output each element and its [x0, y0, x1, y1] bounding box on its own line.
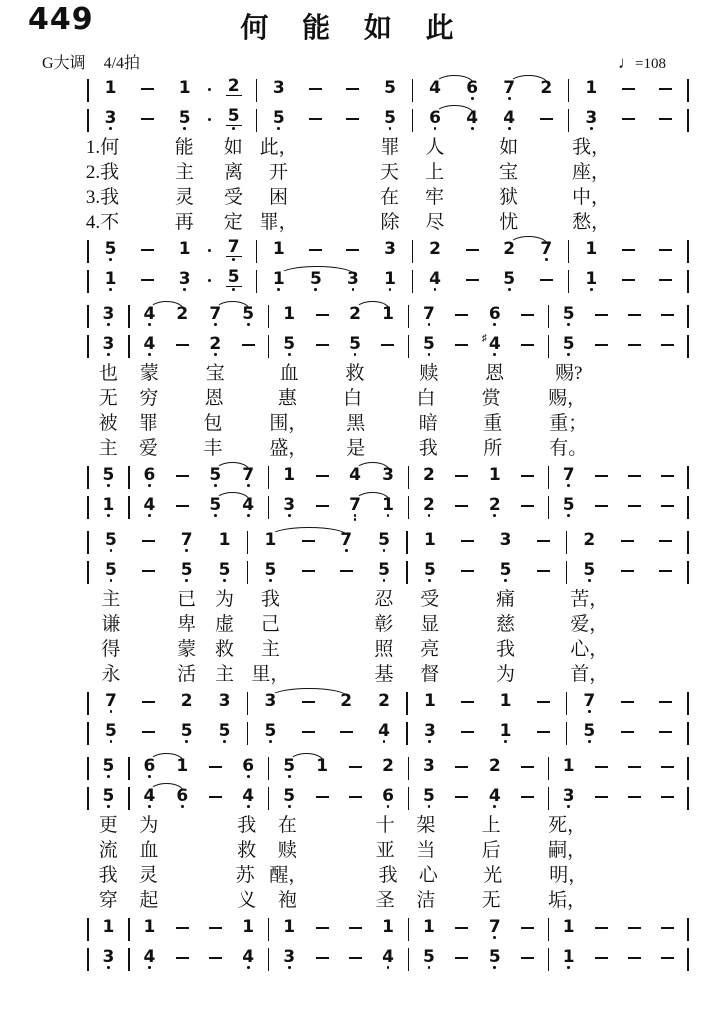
lyric-syllable: 牢	[425, 185, 444, 210]
octave-dot	[214, 353, 217, 356]
dash	[346, 118, 359, 120]
octave-dots	[148, 514, 151, 521]
octave-dot	[214, 323, 217, 326]
note-number: 5	[583, 723, 595, 739]
dash	[209, 927, 222, 929]
notation-row: 1351531451	[84, 266, 692, 295]
note-number: 5	[226, 108, 242, 126]
lyric-syllable: 主	[99, 436, 118, 461]
note-number: 1	[424, 693, 436, 709]
lyric-syllable: 基	[374, 662, 393, 687]
dash	[628, 505, 641, 507]
octave-dots	[493, 323, 496, 330]
barline	[687, 335, 688, 358]
dash	[316, 927, 329, 929]
dash	[595, 475, 608, 477]
lyric-syllable: 座，	[572, 160, 610, 185]
octave-dots	[110, 579, 113, 586]
barline	[128, 787, 129, 810]
lyric-syllable: 亚	[376, 838, 395, 863]
note-cell: 2	[489, 758, 501, 783]
barline	[128, 466, 129, 489]
octave-dot	[567, 353, 570, 356]
dash	[455, 344, 468, 346]
dash	[659, 731, 672, 733]
dash	[659, 279, 672, 281]
octave-dots	[493, 966, 496, 973]
note-cell: 6	[143, 467, 155, 492]
lyric-syllable: 无	[99, 386, 118, 411]
octave-dots	[288, 805, 291, 812]
lyric-syllable: 救	[215, 637, 234, 662]
barline	[406, 531, 407, 554]
octave-dots	[107, 775, 110, 782]
octave-dot	[247, 775, 250, 778]
lyric-syllable: 主	[175, 160, 194, 185]
note-cell: 5	[563, 336, 575, 361]
lyric-syllable: 被	[99, 411, 118, 436]
barline	[87, 270, 88, 293]
note-number: 6	[489, 306, 501, 322]
note-number: 6	[242, 758, 254, 774]
lyric-syllable: 重；	[549, 411, 587, 436]
octave-dot	[232, 127, 235, 130]
lyric-syllable: 爱	[139, 436, 158, 461]
note-number: 2	[429, 241, 441, 257]
lyric-syllable: 恩	[485, 361, 504, 386]
lyric-syllable: 彰	[374, 612, 393, 637]
note-number: 4	[143, 949, 155, 965]
note-cell: 5	[103, 758, 115, 783]
barline	[87, 948, 88, 971]
note-number: 5	[226, 269, 242, 287]
octave-dot	[148, 484, 151, 487]
note-cell: 5	[500, 562, 512, 587]
octave-dot	[110, 710, 113, 713]
barline	[128, 757, 129, 780]
dash	[316, 475, 329, 477]
notation-row: 546456543	[84, 783, 692, 812]
lyric-syllable: 罪	[139, 411, 158, 436]
barline	[548, 496, 549, 519]
barline	[687, 305, 688, 328]
note-number: 2	[583, 532, 595, 548]
note-cell: 5	[384, 80, 396, 105]
lyric-row: 被罪包围，黑暗重重；	[84, 411, 692, 436]
lyric-syllable: 2.我	[86, 160, 119, 185]
lyric-syllable: 我	[99, 863, 118, 888]
lyric-syllable: 起	[139, 888, 158, 913]
lyric-row: 谦卑虚己彰显慈爱，	[84, 612, 692, 637]
octave-dot	[269, 740, 272, 743]
octave-dot	[277, 127, 280, 130]
lyric-syllable: 暗	[419, 411, 438, 436]
note-cell: 3	[423, 758, 435, 783]
note-number: 1	[563, 949, 575, 965]
octave-dots	[288, 966, 291, 973]
octave-dot	[232, 258, 235, 261]
dash	[659, 88, 672, 90]
slur-arc	[355, 492, 390, 501]
octave-dots	[383, 549, 386, 556]
octave-dots	[148, 775, 151, 782]
lyric-syllable: 虚	[215, 612, 234, 637]
barline	[687, 240, 688, 263]
dash	[621, 570, 634, 572]
octave-dot	[567, 805, 570, 808]
lyric-syllable: 穿	[99, 888, 118, 913]
note-cell: 2	[181, 693, 193, 718]
dash	[346, 249, 359, 251]
note-number: 1	[384, 271, 396, 287]
note-cell: 1	[424, 532, 436, 557]
octave-dot	[148, 805, 151, 808]
lyric-syllable: 督	[420, 662, 439, 687]
note-number: 7	[563, 467, 575, 483]
octave-dot	[288, 966, 291, 969]
octave-dot	[354, 514, 357, 517]
octave-dots	[223, 740, 226, 747]
note-number: 5	[424, 562, 436, 578]
octave-dot	[288, 353, 291, 356]
note-number: 5	[349, 336, 361, 352]
dash	[595, 314, 608, 316]
octave-dots	[288, 514, 291, 521]
octave-dot	[107, 484, 110, 487]
dash	[659, 570, 672, 572]
octave-dots	[590, 127, 593, 134]
notation-row: 5657143217	[84, 462, 692, 491]
lyric-syllable: 十	[376, 813, 395, 838]
octave-dot	[428, 579, 431, 582]
lyric-syllable: 罪	[380, 135, 399, 160]
lyric-syllable: 在	[278, 813, 297, 838]
note-number: 5	[283, 336, 295, 352]
lyric-syllable: 赎	[278, 838, 297, 863]
note-cell: 5	[219, 562, 231, 587]
lyric-syllable: 我	[237, 813, 256, 838]
octave-dots	[288, 775, 291, 782]
barline	[87, 692, 88, 715]
octave-dots	[148, 484, 151, 491]
note-cell: 1	[219, 532, 231, 557]
dash	[349, 766, 362, 768]
barline	[256, 79, 257, 102]
note-number: 4	[378, 723, 390, 739]
octave-dots	[110, 710, 113, 717]
octave-dots	[588, 740, 591, 747]
note-cell: 2	[423, 497, 435, 522]
lyric-syllable: 为	[215, 587, 234, 612]
octave-dots	[383, 740, 386, 747]
octave-dot	[545, 258, 548, 261]
note-number: 1	[143, 919, 155, 935]
lyric-syllable: 当	[416, 838, 435, 863]
note-cell: 5	[384, 110, 396, 135]
note-cell: 7	[181, 532, 193, 557]
barline	[268, 787, 269, 810]
barline	[268, 305, 269, 328]
slur-arc	[215, 492, 250, 501]
note-number: 1	[179, 241, 191, 257]
octave-dots	[107, 514, 110, 521]
barline	[87, 561, 88, 584]
note-number: 2	[209, 336, 221, 352]
octave-dot	[269, 579, 272, 582]
note-cell: 7	[423, 306, 435, 331]
octave-dot	[345, 549, 348, 552]
octave-dots	[471, 97, 474, 104]
lyric-syllable: 包	[203, 411, 222, 436]
note-cell: 7	[563, 467, 575, 492]
lyric-syllable: 是	[346, 436, 365, 461]
dash	[209, 796, 222, 798]
dash	[628, 344, 641, 346]
dash	[628, 475, 641, 477]
dash	[461, 731, 474, 733]
dash	[628, 766, 641, 768]
sharp-icon: ♯	[482, 333, 487, 344]
score: 11235467213555564431.何能如此，罪人如我，2.我主离开天上宝…	[84, 75, 692, 973]
note-cell: 1	[423, 919, 435, 944]
barline	[408, 496, 409, 519]
barline	[408, 757, 409, 780]
barline	[687, 496, 688, 519]
lyric-syllable: 更	[99, 813, 118, 838]
note-cell: 2	[209, 336, 221, 361]
lyric-syllable: 为	[139, 813, 158, 838]
note-number: 4	[382, 949, 394, 965]
note-cell: 3	[273, 80, 285, 105]
octave-dot	[428, 353, 431, 356]
lyric-syllable: 黑	[346, 411, 365, 436]
octave-dot	[277, 288, 280, 291]
note-number: 1	[219, 532, 231, 548]
note-number: 5	[105, 241, 117, 257]
barline	[687, 270, 688, 293]
barline	[412, 270, 413, 293]
octave-dot	[383, 579, 386, 582]
lyric-syllable: 忍	[374, 587, 393, 612]
octave-dot	[389, 127, 392, 130]
note-number: 4	[429, 271, 441, 287]
octave-dot	[288, 775, 291, 778]
lyric-syllable: 愁，	[572, 210, 610, 235]
note-number: 1	[500, 723, 512, 739]
octave-dots	[493, 353, 496, 360]
notation-row: 355556443	[84, 105, 692, 134]
lyric-syllable: 所	[483, 436, 502, 461]
barline	[268, 948, 269, 971]
dash	[661, 314, 674, 316]
dash	[316, 344, 329, 346]
octave-dots	[110, 549, 113, 556]
dash	[540, 118, 553, 120]
lyric-syllable: 明，	[549, 863, 587, 888]
dash	[461, 701, 474, 703]
lyric-syllable: 1.何	[86, 135, 119, 160]
barline	[87, 240, 88, 263]
dash	[537, 731, 550, 733]
note-cell: 3	[105, 110, 117, 135]
aug-dot	[208, 88, 211, 91]
dash	[628, 796, 641, 798]
dash	[622, 249, 635, 251]
octave-dot	[223, 740, 226, 743]
note-number: 5	[378, 532, 390, 548]
note-number: 1	[283, 919, 295, 935]
octave-dot	[107, 353, 110, 356]
octave-dots	[352, 288, 355, 295]
note-number: 5	[563, 336, 575, 352]
note-number: 5	[179, 110, 191, 126]
barline	[128, 335, 129, 358]
dash	[142, 701, 155, 703]
dash	[176, 475, 189, 477]
octave-dots	[588, 710, 591, 717]
octave-dots	[247, 323, 250, 330]
octave-dot	[109, 288, 112, 291]
note-cell: 1	[105, 271, 117, 296]
note-cell: 1	[283, 467, 295, 492]
dash	[521, 766, 534, 768]
note-number: 1	[424, 532, 436, 548]
note-number: 5	[583, 562, 595, 578]
barline	[687, 787, 688, 810]
lyric-row: 2.我主离开天上宝座，	[84, 160, 692, 185]
note-number: 1	[563, 919, 575, 935]
barline	[87, 722, 88, 745]
barline	[87, 466, 88, 489]
note-cell: 3	[384, 241, 396, 266]
barline	[548, 757, 549, 780]
octave-dot	[428, 323, 431, 326]
note-number: 5	[563, 306, 575, 322]
barline	[87, 757, 88, 780]
octave-dots	[434, 288, 437, 295]
dash	[537, 701, 550, 703]
octave-dot	[354, 353, 357, 356]
lyric-syllable: 嗣，	[548, 838, 586, 863]
lyric-syllable: 受	[420, 587, 439, 612]
octave-dots	[214, 484, 217, 491]
dash	[621, 701, 634, 703]
dash	[302, 570, 315, 572]
barline	[128, 305, 129, 328]
time-signature: 4/4拍	[104, 55, 140, 72]
octave-dot	[567, 484, 570, 487]
octave-dots	[247, 514, 250, 521]
dash	[595, 505, 608, 507]
dash	[142, 731, 155, 733]
octave-dot	[434, 288, 437, 291]
lyric-syllable: 赐?	[555, 361, 582, 386]
octave-dots	[232, 127, 235, 134]
note-cell: 6	[242, 758, 254, 783]
barline	[128, 496, 129, 519]
lyric-syllable: 谦	[101, 612, 120, 637]
lyric-syllable: 如	[499, 135, 518, 160]
note-number: 5	[105, 562, 117, 578]
lyric-syllable: 我	[496, 637, 515, 662]
note-cell: 5	[105, 723, 117, 748]
dash	[455, 505, 468, 507]
note-number: 7	[423, 306, 435, 322]
barline	[87, 531, 88, 554]
key-signature: G大调	[42, 55, 86, 72]
note-number: 3	[283, 949, 295, 965]
octave-dot	[214, 484, 217, 487]
note-cell: 1	[500, 693, 512, 718]
note-number: 5	[489, 949, 501, 965]
octave-dot	[383, 740, 386, 743]
octave-dot	[148, 353, 151, 356]
dash	[340, 570, 353, 572]
octave-dot	[428, 740, 431, 743]
lyric-syllable: 也	[99, 361, 118, 386]
notation-row: 5616512321	[84, 753, 692, 782]
lyric-syllable: 丰	[203, 436, 222, 461]
quarter-note-icon: ♩	[618, 53, 635, 72]
note-number: 3	[219, 693, 231, 709]
octave-dot	[107, 805, 110, 808]
dash	[466, 279, 479, 281]
barline	[87, 79, 88, 102]
note-cell: 5	[105, 532, 117, 557]
note-cell: 5	[226, 269, 242, 296]
lyric-syllable: 穷	[139, 386, 158, 411]
dash	[659, 540, 672, 542]
dash	[309, 249, 322, 251]
note-number: 6	[143, 467, 155, 483]
dash	[242, 344, 255, 346]
octave-dot	[493, 966, 496, 969]
octave-dot	[493, 936, 496, 939]
lyric-syllable: 架	[416, 813, 435, 838]
note-cell: 1	[563, 949, 575, 974]
note-cell: 4	[143, 949, 155, 974]
octave-dot	[590, 288, 593, 291]
slur-arc	[355, 462, 390, 471]
notation-row: 1454371225	[84, 492, 692, 521]
barline	[408, 918, 409, 941]
note-cell: 7	[489, 919, 501, 944]
octave-dots	[428, 740, 431, 747]
note-number: 5	[273, 110, 285, 126]
note-number: 1	[585, 80, 597, 96]
barline	[408, 335, 409, 358]
octave-dots	[109, 127, 112, 134]
slur-arc	[149, 753, 184, 762]
barline	[568, 79, 569, 102]
note-cell: 1	[585, 80, 597, 105]
octave-dots	[389, 288, 392, 295]
barline	[548, 918, 549, 941]
dash	[621, 540, 634, 542]
barline	[687, 948, 688, 971]
barline	[687, 722, 688, 745]
lyric-syllable: 忧	[499, 210, 518, 235]
octave-dot	[110, 549, 113, 552]
note-cell: 5	[563, 497, 575, 522]
dash	[176, 344, 189, 346]
barline	[687, 692, 688, 715]
barline	[408, 948, 409, 971]
octave-dots	[345, 549, 348, 556]
dash	[142, 540, 155, 542]
barline	[268, 466, 269, 489]
slur-arc	[289, 753, 324, 762]
